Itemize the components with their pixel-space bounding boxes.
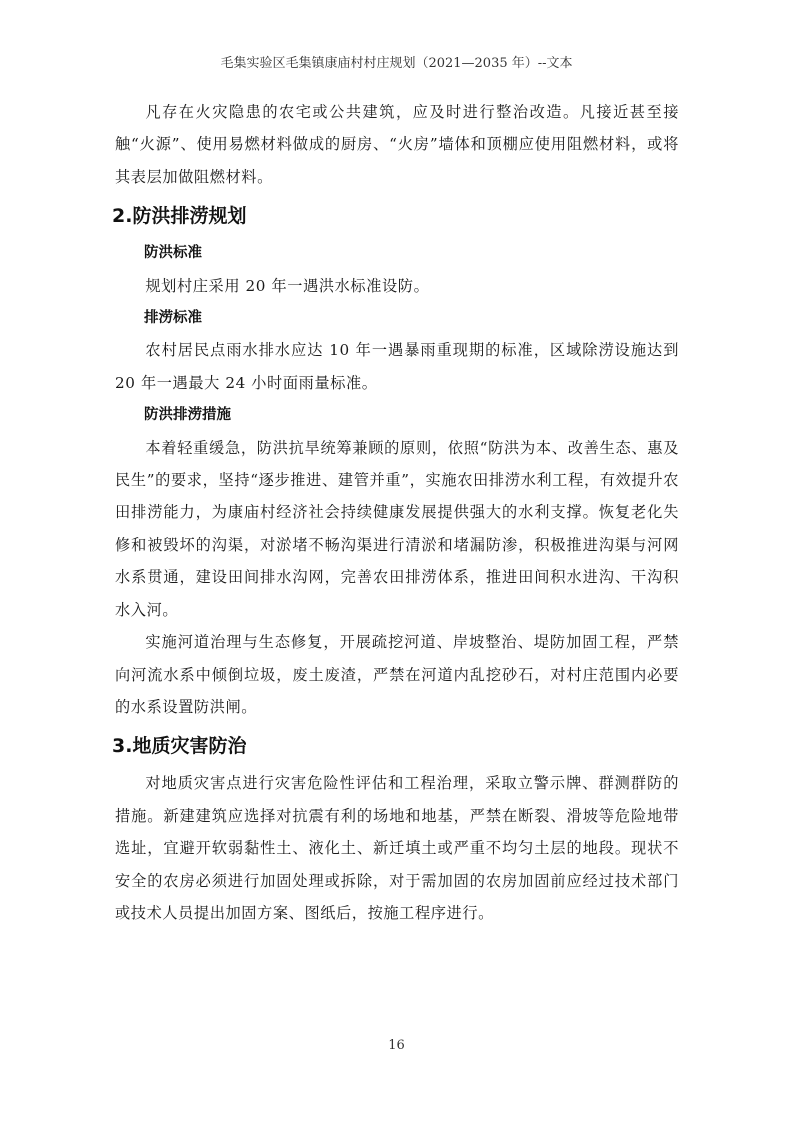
page-content: 凡存在火灾隐患的农宅或公共建筑，应及时进行整治改造。凡接近甚至接触“火源”、使用…	[115, 96, 679, 929]
paragraph-drainage-standard: 农村居民点雨水排水应达 10 年一遇暴雨重现期的标准，区域除涝设施达到 20 年…	[115, 334, 679, 399]
subsection-heading-drainage-standard: 排涝标准	[115, 302, 679, 334]
paragraph-geological-hazard: 对地质灾害点进行灾害危险性评估和工程治理，采取立警示牌、群测群防的措施。新建建筑…	[115, 767, 679, 929]
paragraph-flood-measures-2: 实施河道治理与生态修复，开展疏挖河道、岸坡整治、堤防加固工程，严禁向河流水系中倾…	[115, 626, 679, 723]
paragraph-flood-standard: 规划村庄采用 20 年一遇洪水标准设防。	[115, 270, 679, 302]
intro-paragraph: 凡存在火灾隐患的农宅或公共建筑，应及时进行整治改造。凡接近甚至接触“火源”、使用…	[115, 96, 679, 193]
subsection-heading-flood-measures: 防洪排涝措施	[115, 399, 679, 431]
running-header: 毛集实验区毛集镇康庙村村庄规划（2021—2035 年）--文本	[0, 52, 793, 71]
section-heading-geological-hazard: 3.地质灾害防治	[112, 731, 679, 761]
page-number: 16	[0, 1038, 793, 1053]
section-heading-flood-control: 2.防洪排涝规划	[112, 201, 679, 231]
paragraph-flood-measures-1: 本着轻重缓急，防洪抗旱统筹兼顾的原则，依照“防洪为本、改善生态、惠及民生”的要求…	[115, 432, 679, 626]
subsection-heading-flood-standard: 防洪标准	[115, 237, 679, 269]
